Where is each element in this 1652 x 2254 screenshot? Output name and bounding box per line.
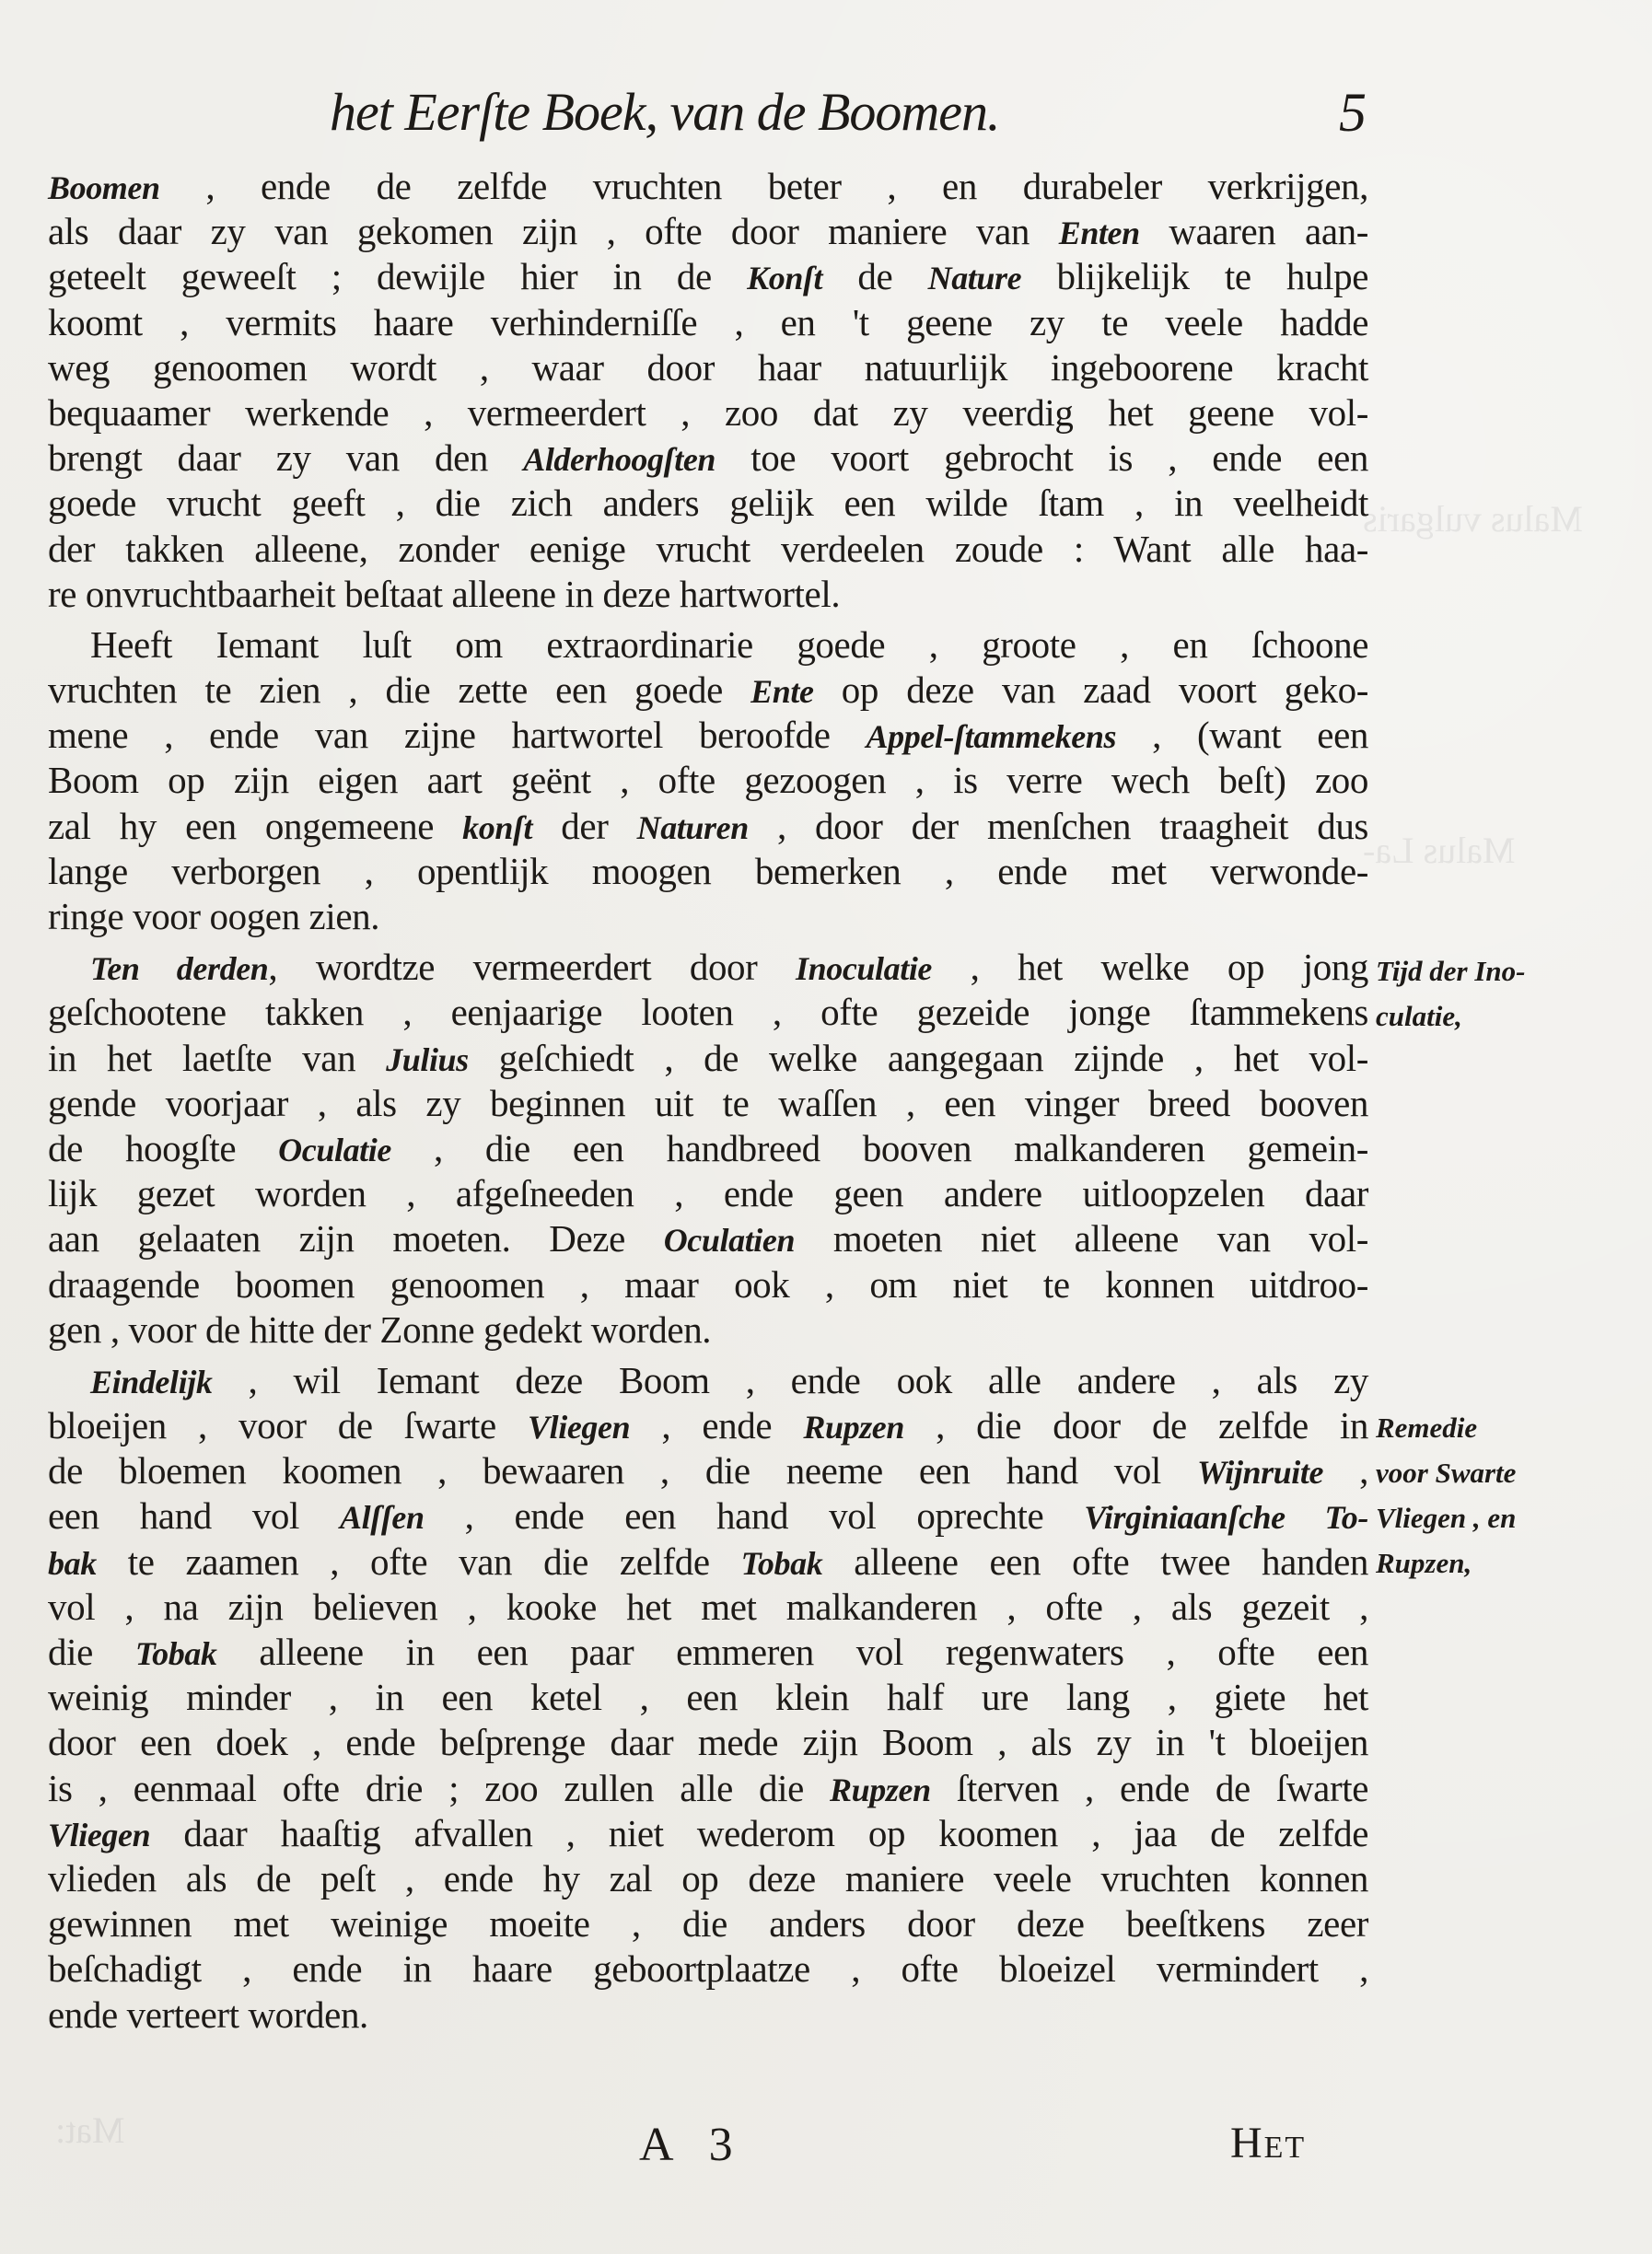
paragraph: Eindelijk , wil Iemant deze Boom , ende …	[48, 1358, 1368, 2038]
page-number: 5	[1339, 81, 1367, 145]
italic-term: Vliegen	[48, 1817, 150, 1853]
text-run: Boom op zijn eigen aart geënt , ofte gez…	[48, 759, 1368, 801]
text-run: lijk gezet worden , afgeſneeden , ende g…	[48, 1172, 1368, 1214]
text-run: lange verborgen , opentlijk moogen bemer…	[48, 850, 1368, 892]
text-line: bak te zaamen , ofte van die zelfde Toba…	[48, 1539, 1368, 1585]
text-line: der takken alleene, zonder eenige vrucht…	[48, 527, 1368, 572]
margin-note-line: Remedie	[1376, 1405, 1541, 1450]
italic-term: konſt	[462, 809, 532, 846]
text-line: goede vrucht geeft , die zich anders gel…	[48, 481, 1368, 526]
text-line: als daar zy van gekomen zijn , ofte door…	[48, 209, 1368, 254]
margin-note-line: Rupzen,	[1376, 1540, 1541, 1586]
italic-term: Vliegen	[528, 1409, 630, 1446]
text-run: ſterven , ende de ſwarte	[931, 1767, 1368, 1809]
text-run: de bloemen koomen , bewaaren , die neeme…	[48, 1449, 1197, 1492]
text-run: gen , voor de hitte der Zonne gedekt wor…	[48, 1308, 711, 1351]
text-line: weg genoomen wordt , waar door haar natu…	[48, 345, 1368, 390]
text-run: door een doek , ende beſprenge daar mede…	[48, 1721, 1368, 1763]
text-run: Heeft Iemant luſt om extraordinarie goed…	[90, 623, 1368, 666]
paragraph: Boomen , ende de zelfde vruchten beter ,…	[48, 164, 1368, 617]
text-line: brengt daar zy van den Alderhoogſten toe…	[48, 436, 1368, 481]
text-line: geteelt geweeſt ; dewijle hier in de Kon…	[48, 254, 1368, 299]
italic-term: Inoculatie	[796, 950, 932, 987]
italic-term: Julius	[386, 1041, 469, 1078]
text-run: brengt daar zy van den	[48, 436, 523, 479]
italic-term: Ente	[750, 673, 813, 710]
text-line: bloeijen , voor de ſwarte Vliegen , ende…	[48, 1403, 1368, 1448]
text-run: , die een handbreed booven malkanderen g…	[391, 1127, 1368, 1169]
margin-note-line: Vliegen , en	[1376, 1495, 1541, 1540]
text-line: draagende boomen genoomen , maar ook , o…	[48, 1262, 1368, 1307]
text-run: is , eenmaal ofte drie ; zoo zullen alle…	[48, 1767, 830, 1809]
bleed-through-text: Malus vulgaris	[1363, 497, 1583, 540]
text-run: , wil Iemant deze Boom , ende ook alle a…	[212, 1359, 1368, 1401]
text-line: Eindelijk , wil Iemant deze Boom , ende …	[48, 1358, 1368, 1403]
text-line: bequaamer werkende , vermeerdert , zoo d…	[48, 390, 1368, 436]
text-line: beſchadigt , ende in haare geboortplaatz…	[48, 1946, 1368, 1992]
italic-term: Nature	[928, 260, 1022, 296]
text-line: gende voorjaar , als zy beginnen uit te …	[48, 1081, 1368, 1126]
text-run: moeten niet alleene van vol-	[795, 1217, 1368, 1260]
text-line: vol , na zijn believen , kooke het met m…	[48, 1585, 1368, 1630]
margin-note-line: voor Swarte	[1376, 1450, 1541, 1495]
text-line: Heeft Iemant luſt om extraordinarie goed…	[48, 622, 1368, 668]
text-run: als daar zy van gekomen zijn , ofte door…	[48, 210, 1059, 252]
italic-term: Oculatien	[664, 1222, 795, 1259]
italic-term: Eindelijk	[90, 1364, 212, 1400]
text-line: de bloemen koomen , bewaaren , die neeme…	[48, 1448, 1368, 1493]
italic-term: Oculatie	[278, 1132, 391, 1168]
margin-note-line: Tijd der Ino-	[1376, 948, 1541, 993]
text-line: die Tobak alleene in een paar emmeren vo…	[48, 1630, 1368, 1675]
text-run: in het laetſte van	[48, 1037, 386, 1079]
paragraph: Ten derden, wordtze vermeerdert door Ino…	[48, 945, 1368, 1353]
text-run: toe voort gebrocht is , ende een	[715, 436, 1368, 479]
text-run: bloeijen , voor de ſwarte	[48, 1404, 528, 1447]
text-line: is , eenmaal ofte drie ; zoo zullen alle…	[48, 1766, 1368, 1811]
italic-term: Rupzen	[803, 1409, 904, 1446]
text-run: , door der menſchen traagheit dus	[749, 805, 1368, 847]
italic-term: Enten	[1059, 215, 1140, 251]
text-run: vlieden als de peſt , ende hy zal op dez…	[48, 1857, 1368, 1900]
running-title: het Eerſte Boek, van de Boomen.	[330, 81, 1000, 143]
margin-note-remedie: Remedievoor SwarteVliegen , enRupzen,	[1376, 1405, 1541, 1586]
text-run: bequaamer werkende , vermeerdert , zoo d…	[48, 391, 1368, 434]
text-line: koomt , vermits haare verhinderniſſe , e…	[48, 300, 1368, 345]
text-line: lijk gezet worden , afgeſneeden , ende g…	[48, 1171, 1368, 1216]
text-run: weinig minder , in een ketel , een klein…	[48, 1676, 1368, 1718]
text-line: de hoogſte Oculatie , die een handbreed …	[48, 1126, 1368, 1171]
text-run: een hand vol	[48, 1494, 340, 1537]
text-run: der	[532, 805, 636, 847]
text-run: gewinnen met weinige moeite , die anders…	[48, 1902, 1368, 1945]
text-run: mene , ende van zijne hartwortel beroofd…	[48, 714, 867, 756]
running-head: het Eerſte Boek, van de Boomen. 5	[0, 81, 1652, 164]
text-run: de hoogſte	[48, 1127, 278, 1169]
text-line: door een doek , ende beſprenge daar mede…	[48, 1720, 1368, 1765]
text-line: zal hy een ongemeene konſt der Naturen ,…	[48, 804, 1368, 849]
text-run: der takken alleene, zonder eenige vrucht…	[48, 528, 1368, 570]
text-run: aan gelaaten zijn moeten. Deze	[48, 1217, 664, 1260]
text-line: Boomen , ende de zelfde vruchten beter ,…	[48, 164, 1368, 209]
text-run: goede vrucht geeft , die zich anders gel…	[48, 482, 1368, 524]
text-line: gewinnen met weinige moeite , die anders…	[48, 1901, 1368, 1946]
text-run: , (want een	[1116, 714, 1368, 756]
paragraph: Heeft Iemant luſt om extraordinarie goed…	[48, 622, 1368, 939]
text-run: vruchten te zien , die zette een goede	[48, 668, 750, 711]
text-run: gende voorjaar , als zy beginnen uit te …	[48, 1082, 1368, 1124]
text-run: de	[822, 255, 927, 297]
text-run: koomt , vermits haare verhinderniſſe , e…	[48, 301, 1368, 343]
text-line: aan gelaaten zijn moeten. Deze Oculatien…	[48, 1216, 1368, 1261]
text-line: re onvruchtbaarheit beſtaat alleene in d…	[48, 572, 1368, 617]
text-line: Boom op zijn eigen aart geënt , ofte gez…	[48, 758, 1368, 803]
text-line: gen , voor de hitte der Zonne gedekt wor…	[48, 1307, 1368, 1353]
text-run: alleene een ofte twee handen	[822, 1540, 1368, 1583]
italic-term: Alderhoogſten	[523, 441, 715, 478]
italic-term: Boomen	[48, 169, 160, 206]
text-line: ringe voor oogen zien.	[48, 894, 1368, 939]
italic-term: bak	[48, 1545, 97, 1582]
text-line: vlieden als de peſt , ende hy zal op dez…	[48, 1856, 1368, 1901]
text-run: weg genoomen wordt , waar door haar natu…	[48, 346, 1368, 389]
text-run: alleene in een paar emmeren vol regenwat…	[217, 1631, 1368, 1673]
text-line: geſchootene takken , eenjaarige looten ,…	[48, 990, 1368, 1035]
text-run: ,	[1323, 1449, 1368, 1492]
text-line: een hand vol Alſſen , ende een hand vol …	[48, 1493, 1368, 1539]
text-line: weinig minder , in een ketel , een klein…	[48, 1675, 1368, 1720]
text-run: vol , na zijn believen , kooke het met m…	[48, 1586, 1368, 1628]
text-run: draagende boomen genoomen , maar ook , o…	[48, 1263, 1368, 1306]
text-run: , wordtze vermeerdert door	[268, 946, 796, 988]
text-line: mene , ende van zijne hartwortel beroofd…	[48, 713, 1368, 758]
italic-term: Appel-ſtammekens	[867, 718, 1117, 755]
text-run: beſchadigt , ende in haare geboortplaatz…	[48, 1947, 1368, 1990]
body-text: Boomen , ende de zelfde vruchten beter ,…	[48, 164, 1368, 2038]
text-run: te zaamen , ofte van die zelfde	[97, 1540, 741, 1583]
text-run: op deze van zaad voort geko-	[814, 668, 1368, 711]
text-run: blijkelijk te hulpe	[1021, 255, 1368, 297]
italic-term: Alſſen	[340, 1499, 425, 1536]
text-run: zal hy een ongemeene	[48, 805, 462, 847]
text-run: , het welke op jong	[932, 946, 1368, 988]
signature-mark: A 3	[639, 2118, 746, 2172]
margin-note-line: culatie,	[1376, 993, 1541, 1039]
text-line: ende verteert worden.	[48, 1993, 1368, 2038]
margin-note-inoculatie: Tijd der Ino-culatie,	[1376, 948, 1541, 1039]
text-line: lange verborgen , opentlijk moogen bemer…	[48, 849, 1368, 894]
italic-term: Wijnruite	[1197, 1454, 1323, 1491]
italic-term: Konſt	[747, 260, 822, 296]
text-run: ende verteert worden.	[48, 1993, 368, 2036]
text-run: geteelt geweeſt ; dewijle hier in de	[48, 255, 747, 297]
text-run: daar haaſtig afvallen , niet wederom op …	[150, 1812, 1368, 1854]
text-line: in het laetſte van Julius geſchiedt , de…	[48, 1036, 1368, 1081]
catchword: Het	[1230, 2118, 1306, 2168]
italic-term: Rupzen	[830, 1772, 931, 1808]
text-line: vruchten te zien , die zette een goede E…	[48, 668, 1368, 713]
text-run: , ende een hand vol oprechte	[425, 1494, 1085, 1537]
text-run: , die door de zelfde in	[904, 1404, 1368, 1447]
text-line: Vliegen daar haaſtig afvallen , niet wed…	[48, 1811, 1368, 1856]
text-run: , ende de zelfde vruchten beter , en dur…	[160, 165, 1368, 207]
text-run: waaren aan-	[1140, 210, 1368, 252]
text-run: die	[48, 1631, 135, 1673]
text-run: re onvruchtbaarheit beſtaat alleene in d…	[48, 573, 840, 615]
text-run: geſchiedt , de welke aangegaan zijnde , …	[469, 1037, 1368, 1079]
footer-line: A 3 Het	[0, 2118, 1652, 2191]
italic-term: Ten derden	[90, 950, 268, 987]
text-run: ringe voor oogen zien.	[48, 895, 379, 937]
book-page: Malus vulgaris Malus La- Mat: het Eerſte…	[0, 0, 1652, 2254]
italic-term: Tobak	[741, 1545, 823, 1582]
text-run: , ende	[630, 1404, 803, 1447]
italic-term: Tobak	[135, 1635, 217, 1672]
text-run: geſchootene takken , eenjaarige looten ,…	[48, 991, 1368, 1033]
text-line: Ten derden, wordtze vermeerdert door Ino…	[48, 945, 1368, 990]
bleed-through-text: Malus La-	[1363, 829, 1516, 872]
italic-term: Virginiaanſche To-	[1084, 1499, 1368, 1536]
italic-term: Naturen	[637, 809, 749, 846]
